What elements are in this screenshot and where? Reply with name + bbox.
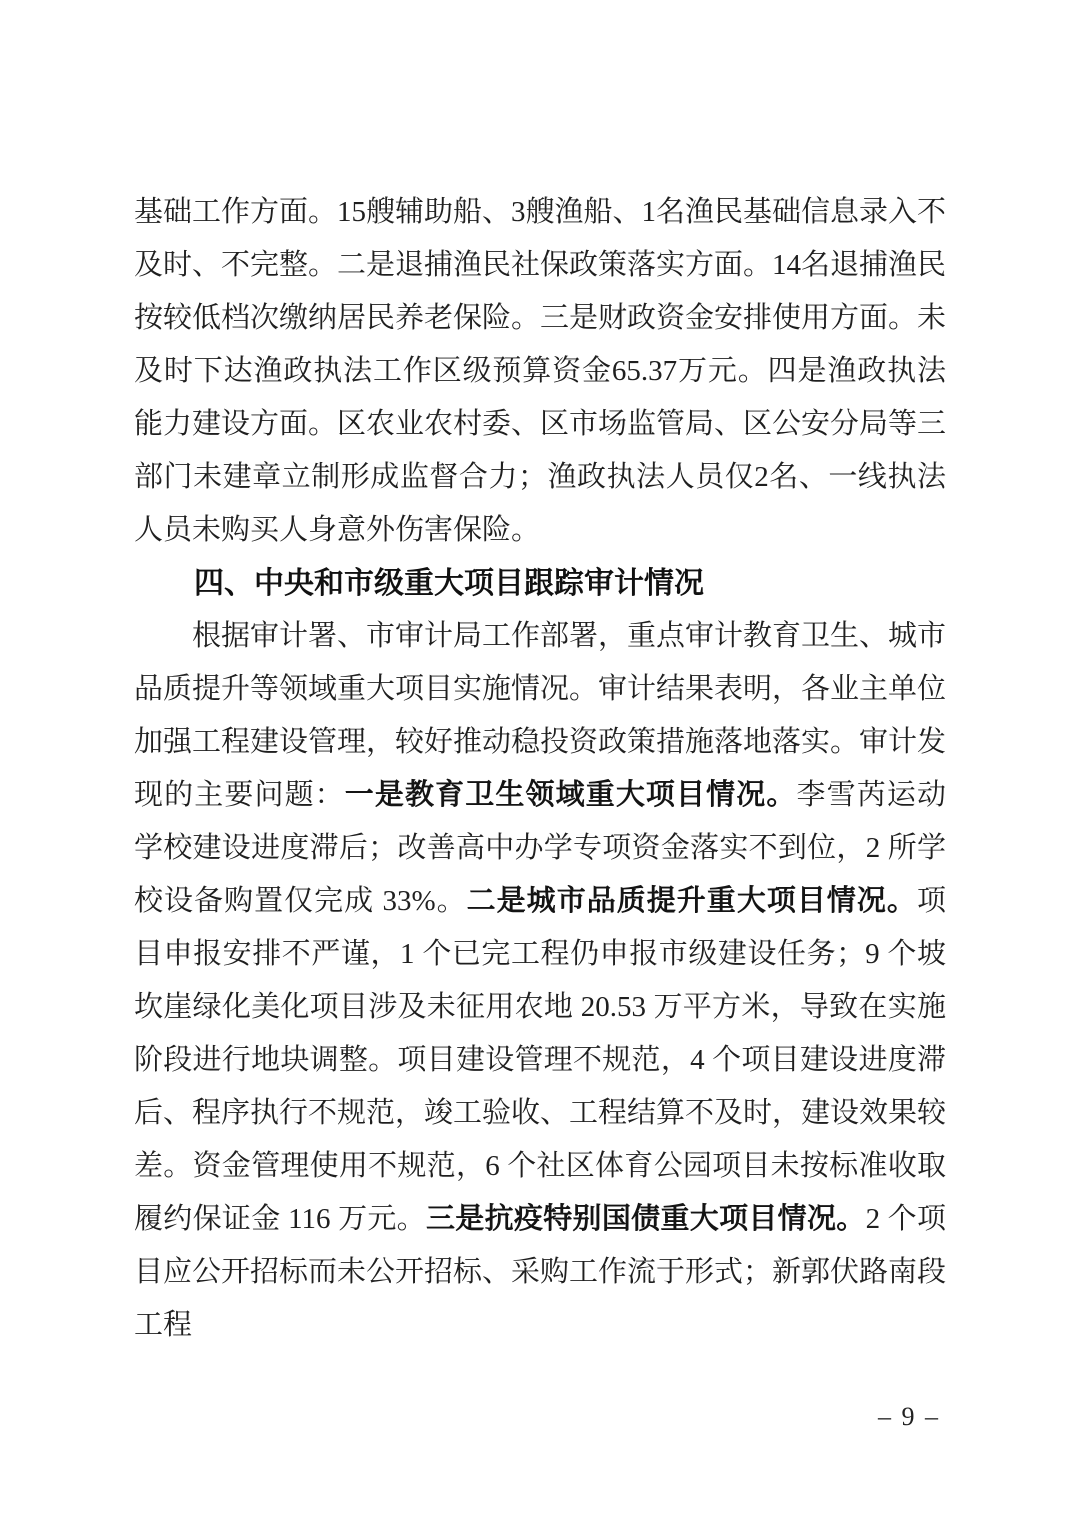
document-page: 基础工作方面。15艘辅助船、3艘渔船、1名渔民基础信息录入不及时、不完整。二是退… [0,0,1074,1520]
section-heading: 四、中央和市级重大项目跟踪审计情况 [134,557,946,610]
text-run: 项目申报安排不严谨，1 个已完工程仍申报市级建设任务；9 个坡坎崖绿化美化项目涉… [134,885,946,1235]
text-run: 基础工作方面。15艘辅助船、3艘渔船、1名渔民基础信息录入不及时、不完整。二是退… [134,196,946,546]
page-body: 基础工作方面。15艘辅助船、3艘渔船、1名渔民基础信息录入不及时、不完整。二是退… [134,186,946,1352]
page-number: – 9 – [878,1402,940,1432]
bold-lead-in: 三是抗疫特别国债重大项目情况。 [426,1203,866,1235]
bold-lead-in: 二是城市品质提升重大项目情况。 [467,885,917,917]
bold-lead-in: 一是教育卫生领域重大项目情况。 [345,779,797,811]
paragraph-section-body: 根据审计署、市审计局工作部署，重点审计教育卫生、城市品质提升等领域重大项目实施情… [134,610,946,1352]
paragraph-continuation: 基础工作方面。15艘辅助船、3艘渔船、1名渔民基础信息录入不及时、不完整。二是退… [134,186,946,557]
